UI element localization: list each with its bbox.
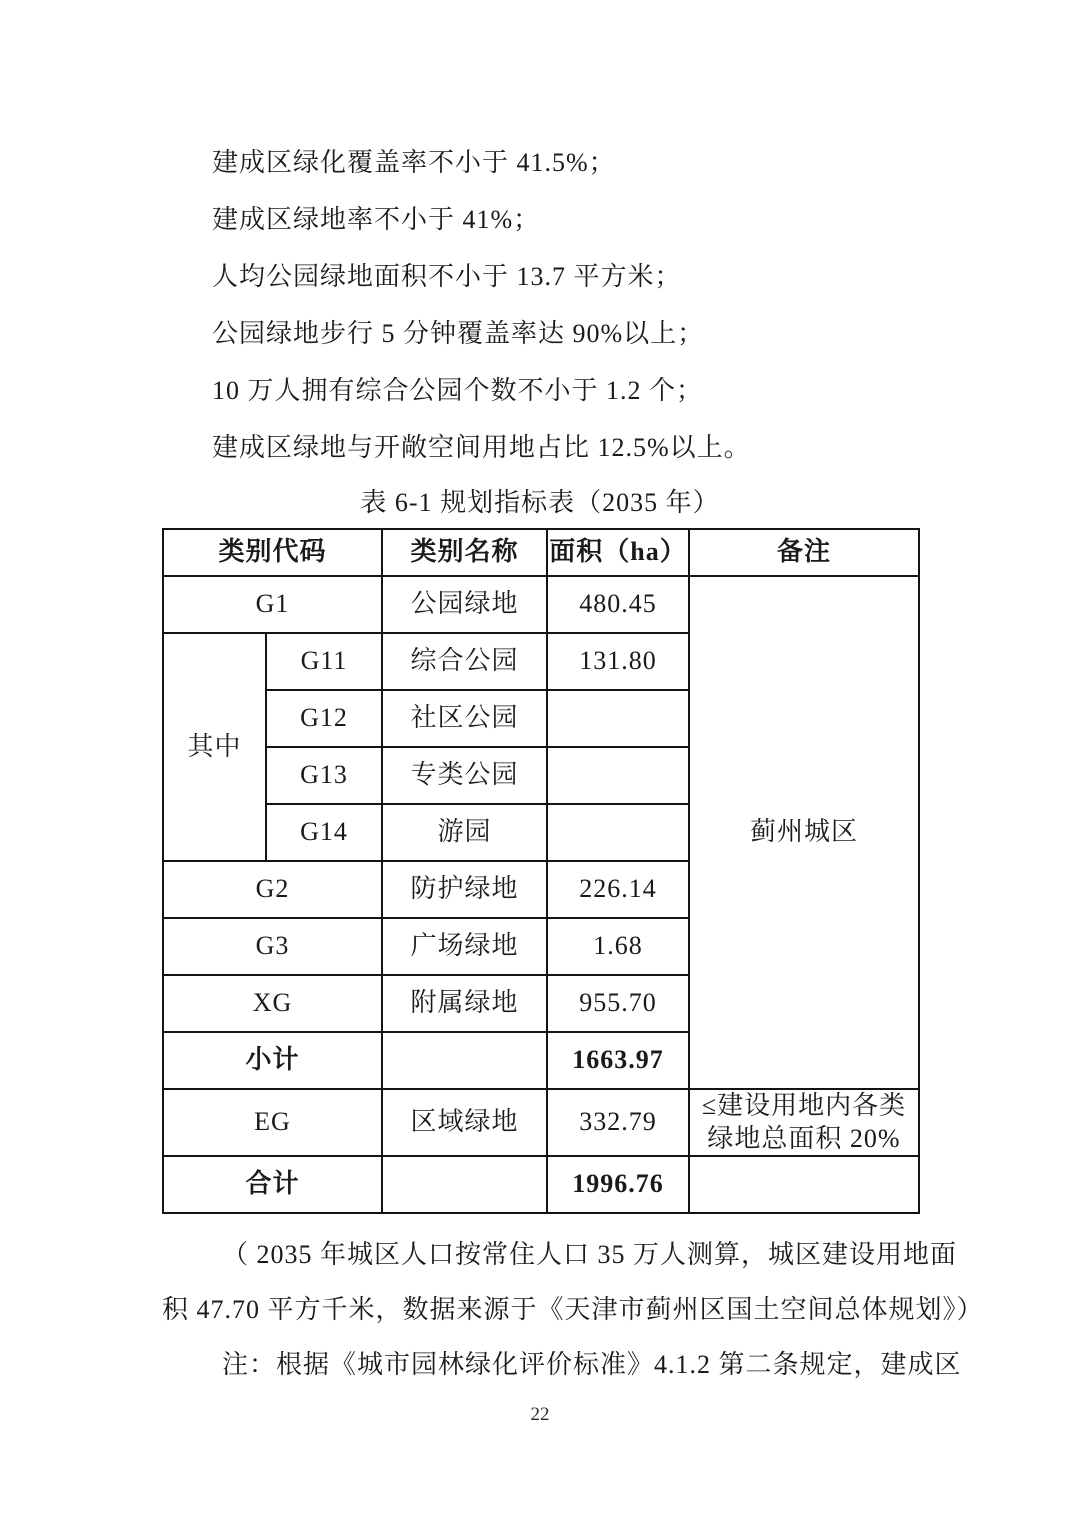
cell-name: 附属绿地 — [382, 975, 547, 1032]
page-content: 建成区绿化覆盖率不小于 41.5%； 建成区绿地率不小于 41%； 人均公园绿地… — [162, 0, 932, 1426]
header-cell-area: 面积（ha） — [547, 529, 689, 576]
cell-name: 专类公园 — [382, 747, 547, 804]
cell-subtotal-label: 小计 — [163, 1032, 382, 1089]
notes-section: （ 2035 年城区人口按常住人口 35 万人测算，城区建设用地面 积 47.7… — [162, 1238, 932, 1381]
cell-area — [547, 747, 689, 804]
cell-name: 综合公园 — [382, 633, 547, 690]
cell-code: G3 — [163, 918, 382, 975]
cell-remark-empty — [689, 1156, 919, 1213]
page-number: 22 — [162, 1404, 918, 1426]
cell-code: G14 — [266, 804, 382, 861]
intro-line: 建成区绿地与开敞空间用地占比 12.5%以上。 — [162, 431, 932, 464]
cell-name: 广场绿地 — [382, 918, 547, 975]
intro-line: 10 万人拥有综合公园个数不小于 1.2 个； — [162, 374, 932, 407]
table-header-row: 类别代码 类别名称 面积（ha） 备注 — [163, 529, 919, 576]
planning-indicator-table: 类别代码 类别名称 面积（ha） 备注 G1 公园绿地 480.45 蓟州城区 … — [162, 528, 920, 1214]
cell-code: G12 — [266, 690, 382, 747]
cell-name — [382, 1156, 547, 1213]
cell-subgroup-label: 其中 — [163, 633, 266, 861]
cell-area: 226.14 — [547, 861, 689, 918]
intro-line: 建成区绿地率不小于 41%； — [162, 203, 932, 236]
cell-subtotal-area: 1663.97 — [547, 1032, 689, 1089]
cell-code: G2 — [163, 861, 382, 918]
cell-area: 955.70 — [547, 975, 689, 1032]
cell-name — [382, 1032, 547, 1089]
cell-name: 游园 — [382, 804, 547, 861]
note-line: 积 47.70 平方千米，数据来源于《天津市蓟州区国土空间总体规划》） — [162, 1293, 932, 1326]
cell-name: 防护绿地 — [382, 861, 547, 918]
cell-area: 332.79 — [547, 1089, 689, 1156]
intro-line: 建成区绿化覆盖率不小于 41.5%； — [162, 146, 932, 179]
cell-total-label: 合计 — [163, 1156, 382, 1213]
cell-total-area: 1996.76 — [547, 1156, 689, 1213]
cell-area — [547, 690, 689, 747]
table-row-g1: G1 公园绿地 480.45 蓟州城区 — [163, 576, 919, 633]
cell-name: 公园绿地 — [382, 576, 547, 633]
intro-line: 人均公园绿地面积不小于 13.7 平方米； — [162, 260, 932, 293]
cell-area: 1.68 — [547, 918, 689, 975]
cell-name: 区域绿地 — [382, 1089, 547, 1156]
cell-code: G11 — [266, 633, 382, 690]
document-page: 建成区绿化覆盖率不小于 41.5%； 建成区绿地率不小于 41%； 人均公园绿地… — [0, 0, 1074, 1520]
cell-code: G1 — [163, 576, 382, 633]
cell-code: EG — [163, 1089, 382, 1156]
header-cell-category-code: 类别代码 — [163, 529, 382, 576]
cell-remark-constraint: ≤建设用地内各类绿地总面积 20% — [689, 1089, 919, 1156]
intro-line: 公园绿地步行 5 分钟覆盖率达 90%以上； — [162, 317, 932, 350]
header-cell-remark: 备注 — [689, 529, 919, 576]
note-line: 注：根据《城市园林绿化评价标准》4.1.2 第二条规定，建成区 — [162, 1348, 932, 1381]
note-line: （ 2035 年城区人口按常住人口 35 万人测算，城区建设用地面 — [162, 1238, 932, 1271]
table-row-total: 合计 1996.76 — [163, 1156, 919, 1213]
cell-remark-region: 蓟州城区 — [689, 576, 919, 1089]
cell-code: XG — [163, 975, 382, 1032]
cell-area — [547, 804, 689, 861]
cell-code: G13 — [266, 747, 382, 804]
table-row-eg: EG 区域绿地 332.79 ≤建设用地内各类绿地总面积 20% — [163, 1089, 919, 1156]
table-title: 表 6-1 规划指标表（2035 年） — [162, 488, 918, 518]
cell-area: 480.45 — [547, 576, 689, 633]
cell-name: 社区公园 — [382, 690, 547, 747]
intro-section: 建成区绿化覆盖率不小于 41.5%； 建成区绿地率不小于 41%； 人均公园绿地… — [162, 0, 932, 464]
header-cell-category-name: 类别名称 — [382, 529, 547, 576]
cell-area: 131.80 — [547, 633, 689, 690]
